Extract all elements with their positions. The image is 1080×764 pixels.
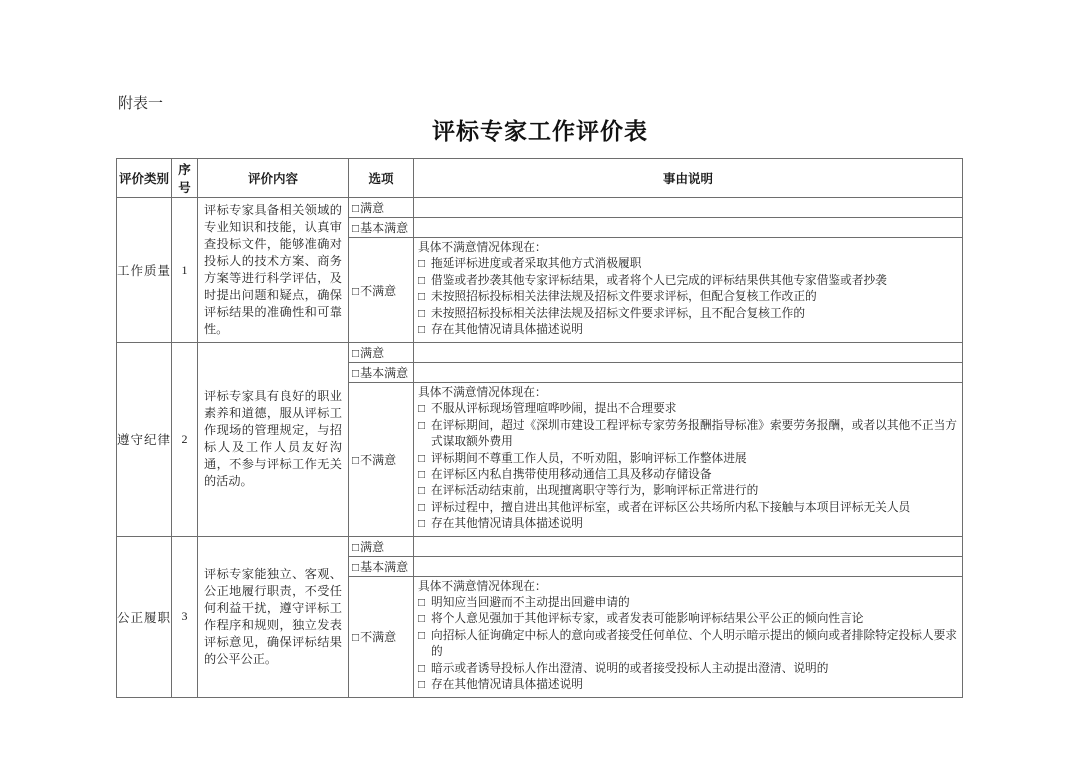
option-label: 基本满意 — [360, 560, 408, 574]
reason-item: □在评标期间，超过《深圳市建设工程评标专家劳务报酬指导标准》索要劳务报酬，或者以… — [418, 418, 958, 451]
option-label: 基本满意 — [360, 221, 408, 235]
header-reason: 事由说明 — [414, 159, 963, 198]
option-label: 不满意 — [360, 453, 396, 467]
table-row: 遵守纪律 2 评标专家具有良好的职业素养和道德，服从评标工作现场的管理规定，与招… — [117, 343, 963, 363]
option-label: 满意 — [360, 540, 384, 554]
category-cell: 遵守纪律 — [117, 343, 172, 537]
reason-text: 拖延评标进度或者采取其他方式消极履职 — [431, 256, 958, 272]
checkbox-icon[interactable]: □ — [418, 306, 431, 322]
reason-text: 未按照招标投标相关法律法规及招标文件要求评标，但配合复核工作改正的 — [431, 289, 958, 305]
reason-text: 在评标活动结束前，出现擅离职守等行为，影响评标正常进行的 — [431, 483, 958, 499]
reason-item: □未按照招标投标相关法律法规及招标文件要求评标，且不配合复核工作的 — [418, 306, 958, 322]
checkbox-icon[interactable]: □ — [418, 289, 431, 305]
serial-cell: 3 — [172, 536, 198, 697]
reason-text: 暗示或者诱导投标人作出澄清、说明的或者接受投标人主动提出澄清、说明的 — [431, 661, 958, 677]
reason-item: □借鉴或者抄袭其他专家评标结果，或者将个人已完成的评标结果供其他专家借鉴或者抄袭 — [418, 273, 958, 289]
reason-item: □不服从评标现场管理喧哗吵闹，提出不合理要求 — [418, 401, 958, 417]
reason-item: □拖延评标进度或者采取其他方式消极履职 — [418, 256, 958, 272]
table-row: 工作质量 1 评标专家具备相关领域的专业知识和技能，认真审查投标文件，能够准确对… — [117, 198, 963, 218]
reason-intro: 具体不满意情况体现在： — [418, 385, 958, 401]
option-satisfied: □满意 — [349, 536, 414, 556]
header-content: 评价内容 — [198, 159, 349, 198]
checkbox-icon[interactable]: □ — [418, 516, 431, 532]
checkbox-icon[interactable]: □ — [418, 595, 431, 611]
reason-empty-cell — [414, 363, 963, 383]
checkbox-icon[interactable]: □ — [352, 222, 359, 235]
reason-text: 在评标期间，超过《深圳市建设工程评标专家劳务报酬指导标准》索要劳务报酬，或者以其… — [431, 418, 958, 451]
serial-cell: 2 — [172, 343, 198, 537]
reason-item: □评标期间不尊重工作人员，不听劝阻，影响评标工作整体进展 — [418, 451, 958, 467]
reason-text: 未按照招标投标相关法律法规及招标文件要求评标，且不配合复核工作的 — [431, 306, 958, 322]
appendix-label: 附表一 — [118, 92, 163, 113]
checkbox-icon[interactable]: □ — [352, 561, 359, 574]
reason-empty-cell — [414, 556, 963, 576]
header-category: 评价类别 — [117, 159, 172, 198]
checkbox-icon[interactable]: □ — [418, 418, 431, 434]
option-label: 基本满意 — [360, 366, 408, 380]
checkbox-icon[interactable]: □ — [418, 273, 431, 289]
option-unsatisfied: □不满意 — [349, 383, 414, 537]
option-basically-satisfied: □基本满意 — [349, 363, 414, 383]
reasons-cell: 具体不满意情况体现在： □拖延评标进度或者采取其他方式消极履职 □借鉴或者抄袭其… — [414, 238, 963, 343]
option-basically-satisfied: □基本满意 — [349, 218, 414, 238]
reason-item: □将个人意见强加于其他评标专家，或者发表可能影响评标结果公平公正的倾向性言论 — [418, 611, 958, 627]
option-satisfied: □满意 — [349, 198, 414, 218]
reason-item: □在评标活动结束前，出现擅离职守等行为，影响评标正常进行的 — [418, 483, 958, 499]
reason-item: □评标过程中，擅自进出其他评标室，或者在评标区公共场所内私下接触与本项目评标无关… — [418, 500, 958, 516]
checkbox-icon[interactable]: □ — [418, 611, 431, 627]
reason-text: 存在其他情况请具体描述说明 — [431, 677, 958, 693]
reasons-cell: 具体不满意情况体现在： □明知应当回避而不主动提出回避申请的 □将个人意见强加于… — [414, 576, 963, 697]
checkbox-icon[interactable]: □ — [418, 500, 431, 516]
reason-text: 在评标区内私自携带使用移动通信工具及移动存储设备 — [431, 467, 958, 483]
reason-text: 向招标人征询确定中标人的意向或者接受任何单位、个人明示暗示提出的倾向或者排除特定… — [431, 628, 958, 661]
checkbox-icon[interactable]: □ — [352, 347, 359, 360]
table-header-row: 评价类别 序号 评价内容 选项 事由说明 — [117, 159, 963, 198]
reason-item: □未按照招标投标相关法律法规及招标文件要求评标，但配合复核工作改正的 — [418, 289, 958, 305]
category-cell: 公正履职 — [117, 536, 172, 697]
checkbox-icon[interactable]: □ — [352, 202, 359, 215]
reason-item: □存在其他情况请具体描述说明 — [418, 516, 958, 532]
table-row: 公正履职 3 评标专家能独立、客观、公正地履行职责，不受任何利益干扰，遵守评标工… — [117, 536, 963, 556]
checkbox-icon[interactable]: □ — [352, 541, 359, 554]
option-basically-satisfied: □基本满意 — [349, 556, 414, 576]
option-label: 满意 — [360, 201, 384, 215]
header-options: 选项 — [349, 159, 414, 198]
reasons-cell: 具体不满意情况体现在： □不服从评标现场管理喧哗吵闹，提出不合理要求 □在评标期… — [414, 383, 963, 537]
option-label: 不满意 — [360, 284, 396, 298]
checkbox-icon[interactable]: □ — [418, 483, 431, 499]
reason-text: 评标过程中，擅自进出其他评标室，或者在评标区公共场所内私下接触与本项目评标无关人… — [431, 500, 958, 516]
checkbox-icon[interactable]: □ — [352, 285, 359, 298]
option-satisfied: □满意 — [349, 343, 414, 363]
checkbox-icon[interactable]: □ — [418, 661, 431, 677]
reason-item: □存在其他情况请具体描述说明 — [418, 322, 958, 338]
reason-text: 将个人意见强加于其他评标专家，或者发表可能影响评标结果公平公正的倾向性言论 — [431, 611, 958, 627]
option-unsatisfied: □不满意 — [349, 576, 414, 697]
reason-item: □暗示或者诱导投标人作出澄清、说明的或者接受投标人主动提出澄清、说明的 — [418, 661, 958, 677]
reason-item: □明知应当回避而不主动提出回避申请的 — [418, 595, 958, 611]
reason-text: 存在其他情况请具体描述说明 — [431, 322, 958, 338]
reason-text: 存在其他情况请具体描述说明 — [431, 516, 958, 532]
option-label: 不满意 — [360, 630, 396, 644]
category-cell: 工作质量 — [117, 198, 172, 343]
reason-text: 明知应当回避而不主动提出回避申请的 — [431, 595, 958, 611]
serial-cell: 1 — [172, 198, 198, 343]
checkbox-icon[interactable]: □ — [418, 401, 431, 417]
checkbox-icon[interactable]: □ — [418, 677, 431, 693]
page-title: 评标专家工作评价表 — [0, 113, 1080, 146]
reason-item: □向招标人征询确定中标人的意向或者接受任何单位、个人明示暗示提出的倾向或者排除特… — [418, 628, 958, 661]
content-cell: 评标专家具备相关领域的专业知识和技能，认真审查投标文件，能够准确对投标人的技术方… — [198, 198, 349, 343]
reason-empty-cell — [414, 198, 963, 218]
checkbox-icon[interactable]: □ — [418, 256, 431, 272]
reason-item: □在评标区内私自携带使用移动通信工具及移动存储设备 — [418, 467, 958, 483]
checkbox-icon[interactable]: □ — [418, 628, 431, 644]
reason-empty-cell — [414, 343, 963, 363]
checkbox-icon[interactable]: □ — [418, 451, 431, 467]
checkbox-icon[interactable]: □ — [352, 631, 359, 644]
reason-text: 不服从评标现场管理喧哗吵闹，提出不合理要求 — [431, 401, 958, 417]
reason-text: 评标期间不尊重工作人员，不听劝阻，影响评标工作整体进展 — [431, 451, 958, 467]
reason-intro: 具体不满意情况体现在： — [418, 579, 958, 595]
reason-text: 借鉴或者抄袭其他专家评标结果，或者将个人已完成的评标结果供其他专家借鉴或者抄袭 — [431, 273, 958, 289]
option-unsatisfied: □不满意 — [349, 238, 414, 343]
evaluation-table: 评价类别 序号 评价内容 选项 事由说明 工作质量 1 评标专家具备相关领域的专… — [116, 158, 963, 698]
reason-item: □存在其他情况请具体描述说明 — [418, 677, 958, 693]
reason-empty-cell — [414, 218, 963, 238]
checkbox-icon[interactable]: □ — [418, 467, 431, 483]
content-cell: 评标专家具有良好的职业素养和道德，服从评标工作现场的管理规定，与招标人及工作人员… — [198, 343, 349, 537]
reason-empty-cell — [414, 536, 963, 556]
reason-intro: 具体不满意情况体现在： — [418, 240, 958, 256]
option-label: 满意 — [360, 346, 384, 360]
checkbox-icon[interactable]: □ — [352, 454, 359, 467]
content-cell: 评标专家能独立、客观、公正地履行职责，不受任何利益干扰，遵守评标工作程序和规则，… — [198, 536, 349, 697]
header-no: 序号 — [172, 159, 198, 198]
checkbox-icon[interactable]: □ — [418, 322, 431, 338]
document-page: 附表一 评标专家工作评价表 评价类别 序号 评价内容 选项 事由说明 工作质量 … — [0, 0, 1080, 764]
checkbox-icon[interactable]: □ — [352, 367, 359, 380]
